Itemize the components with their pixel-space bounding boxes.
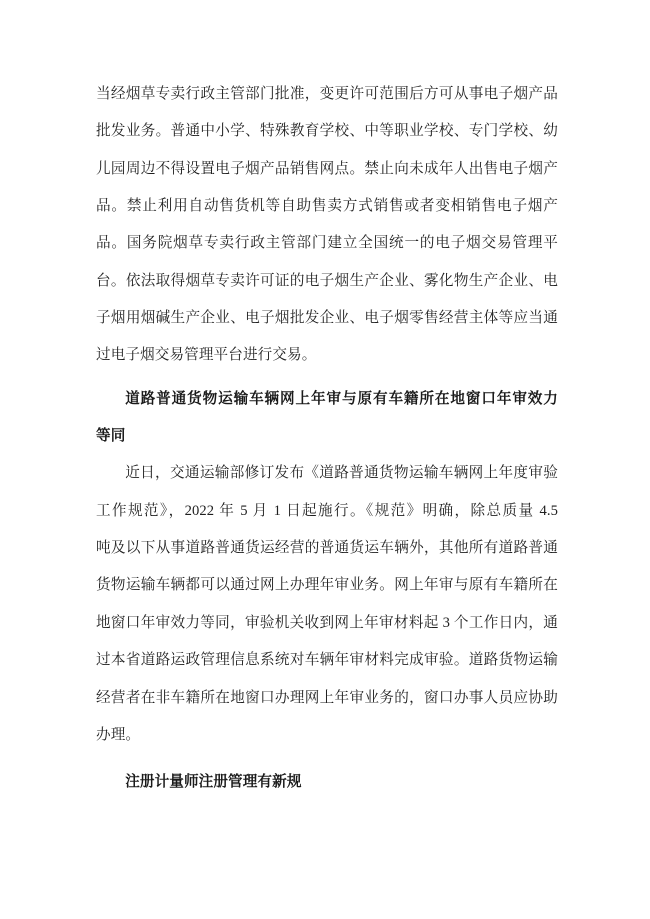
- paragraph-line: 过电子烟交易管理平台进行交易。: [96, 337, 558, 374]
- paragraph-line: 货物运输车辆都可以通过网上办理年审业务。网上年审与原有车籍所在: [96, 567, 558, 604]
- paragraph-truck-annual-review: 近日，交通运输部修订发布《道路普通货物运输车辆网上年度审验工作规范》，2022 …: [96, 455, 558, 754]
- heading-registered-metrologist: 注册计量师注册管理有新规: [96, 764, 558, 801]
- paragraph-line: 吨及以下从事道路普通货运经营的普通货运车辆外，其他所有道路普通: [96, 530, 558, 567]
- paragraph-ecig-regulation: 当经烟草专卖行政主管部门批准，变更许可范围后方可从事电子烟产品批发业务。普通中小…: [96, 76, 558, 375]
- heading-line: 等同: [96, 418, 558, 455]
- heading-line: 注册计量师注册管理有新规: [96, 764, 558, 801]
- paragraph-line: 品。禁止利用自动售货机等自助售卖方式销售或者变相销售电子烟产: [96, 188, 558, 225]
- paragraph-line: 儿园周边不得设置电子烟产品销售网点。禁止向未成年人出售电子烟产: [96, 151, 558, 188]
- paragraph-line: 地窗口年审效力等同，审验机关收到网上年审材料起 3 个工作日内，通: [96, 605, 558, 642]
- paragraph-line: 经营者在非车籍所在地窗口办理网上年审业务的，窗口办事人员应协助: [96, 680, 558, 717]
- paragraph-line: 近日，交通运输部修订发布《道路普通货物运输车辆网上年度审验: [96, 455, 558, 492]
- paragraph-line: 工作规范》，2022 年 5 月 1 日起施行。《规范》明确，除总质量 4.5: [96, 493, 558, 530]
- paragraph-line: 台。依法取得烟草专卖许可证的电子烟生产企业、雾化物生产企业、电: [96, 263, 558, 300]
- paragraph-line: 过本省道路运政管理信息系统对车辆年审材料完成审验。道路货物运输: [96, 642, 558, 679]
- paragraph-line: 批发业务。普通中小学、特殊教育学校、中等职业学校、专门学校、幼: [96, 113, 558, 150]
- heading-line: 道路普通货物运输车辆网上年审与原有车籍所在地窗口年审效力: [96, 381, 558, 418]
- heading-truck-annual-review: 道路普通货物运输车辆网上年审与原有车籍所在地窗口年审效力等同: [96, 381, 558, 456]
- paragraph-line: 办理。: [96, 717, 558, 754]
- document-content: 当经烟草专卖行政主管部门批准，变更许可范围后方可从事电子烟产品批发业务。普通中小…: [0, 0, 650, 802]
- paragraph-line: 当经烟草专卖行政主管部门批准，变更许可范围后方可从事电子烟产品: [96, 76, 558, 113]
- paragraph-line: 子烟用烟碱生产企业、电子烟批发企业、电子烟零售经营主体等应当通: [96, 300, 558, 337]
- paragraph-line: 品。国务院烟草专卖行政主管部门建立全国统一的电子烟交易管理平: [96, 225, 558, 262]
- document-page: 当经烟草专卖行政主管部门批准，变更许可范围后方可从事电子烟产品批发业务。普通中小…: [0, 0, 650, 919]
